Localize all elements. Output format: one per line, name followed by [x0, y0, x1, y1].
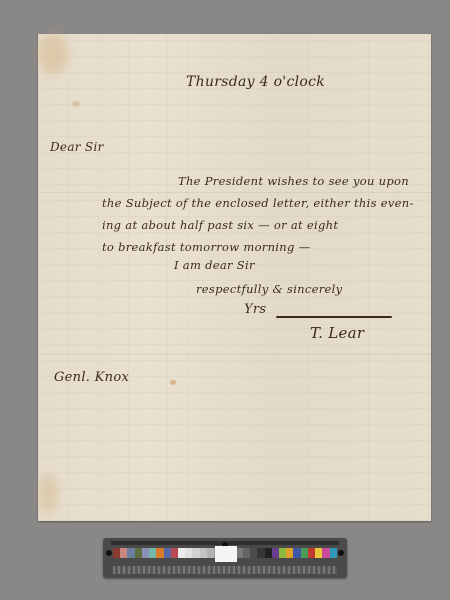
letter-paper: Thursday 4 o'clock Dear Sir The Presiden… [38, 34, 431, 521]
closing-line: I am dear Sir [174, 258, 255, 272]
color-swatch [322, 548, 329, 558]
letter-heading: Thursday 4 o'clock [186, 74, 325, 90]
color-swatch [207, 548, 214, 558]
color-swatch [272, 548, 279, 558]
paper-stain [72, 101, 80, 107]
fold-line [166, 34, 167, 521]
color-swatch [135, 548, 142, 558]
color-swatch [127, 548, 134, 558]
color-swatch [113, 548, 120, 558]
paper-stain [38, 474, 58, 514]
color-swatch [286, 548, 293, 558]
letter-salutation: Dear Sir [50, 140, 104, 154]
color-swatch [243, 548, 250, 558]
color-swatch [192, 548, 199, 558]
color-swatch [164, 548, 171, 558]
target-scale [113, 566, 337, 574]
color-swatch [265, 548, 272, 558]
color-swatch [156, 548, 163, 558]
closing-line: Yrs [244, 302, 266, 317]
color-swatch [279, 548, 286, 558]
signature-flourish [276, 316, 392, 318]
color-swatch [308, 548, 315, 558]
target-hole [338, 550, 344, 556]
color-swatch [293, 548, 300, 558]
target-label [215, 546, 237, 562]
closing-line: respectfully & sincerely [196, 282, 342, 296]
fold-line [38, 354, 431, 355]
paper-stain [38, 34, 68, 74]
color-swatch [301, 548, 308, 558]
body-line: the Subject of the enclosed letter, eith… [102, 196, 414, 210]
fold-line [38, 192, 431, 193]
signature: T. Lear [310, 324, 364, 342]
color-swatch [142, 548, 149, 558]
body-line: The President wishes to see you upon [178, 174, 409, 188]
color-swatch [178, 548, 185, 558]
color-swatch [149, 548, 156, 558]
color-swatch [171, 548, 178, 558]
color-calibration-target [103, 538, 347, 578]
body-line: to breakfast tomorrow morning — [102, 240, 310, 254]
target-hole [106, 550, 112, 556]
color-swatch [330, 548, 337, 558]
color-swatch [250, 548, 257, 558]
color-swatch [257, 548, 264, 558]
color-swatch [200, 548, 207, 558]
addressee: Genl. Knox [54, 370, 129, 385]
color-swatch [315, 548, 322, 558]
color-swatch [120, 548, 127, 558]
color-swatch [185, 548, 192, 558]
paper-stain [170, 380, 176, 385]
body-line: ing at about half past six — or at eight [102, 218, 338, 232]
